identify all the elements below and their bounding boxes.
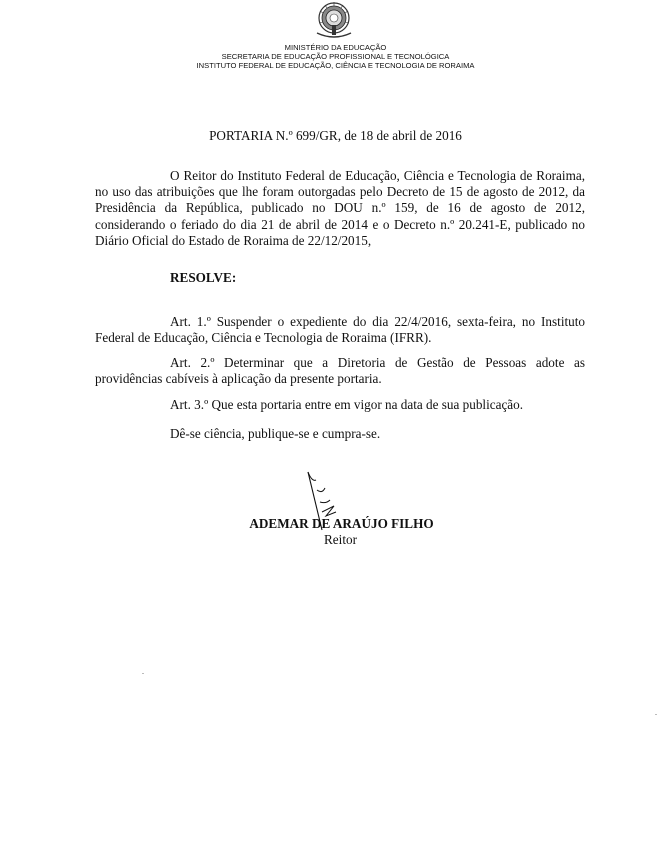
article-1-text: Art. 1.º Suspender o expediente do dia 2… [95, 314, 585, 345]
article-2-text: Art. 2.º Determinar que a Diretoria de G… [95, 355, 585, 386]
article-3-text: Art. 3.º Que esta portaria entre em vigo… [170, 397, 523, 412]
scan-speck [142, 673, 144, 674]
closing-line: Dê-se ciência, publique-se e cumpra-se. [95, 426, 585, 442]
header-institute: INSTITUTO FEDERAL DE EDUCAÇÃO, CIÊNCIA E… [0, 61, 671, 71]
scan-speck [655, 714, 657, 715]
article-2: Art. 2.º Determinar que a Diretoria de G… [95, 355, 585, 387]
article-1: Art. 1.º Suspender o expediente do dia 2… [95, 314, 585, 346]
article-3: Art. 3.º Que esta portaria entre em vigo… [95, 397, 585, 413]
coat-of-arms-icon [311, 1, 357, 41]
preamble-text: O Reitor do Instituto Federal de Educaçã… [95, 168, 585, 248]
preamble-paragraph: O Reitor do Instituto Federal de Educaçã… [95, 168, 585, 249]
signer-name: ADEMAR DE ARAÚJO FILHO [0, 516, 671, 532]
resolve-heading: RESOLVE: [170, 270, 236, 286]
document-page: MINISTÉRIO DA EDUCAÇÃO SECRETARIA DE EDU… [0, 0, 671, 843]
document-title: PORTARIA N.º 699/GR, de 18 de abril de 2… [0, 128, 671, 144]
signer-role: Reitor [324, 532, 357, 548]
closing-text: Dê-se ciência, publique-se e cumpra-se. [170, 426, 380, 441]
